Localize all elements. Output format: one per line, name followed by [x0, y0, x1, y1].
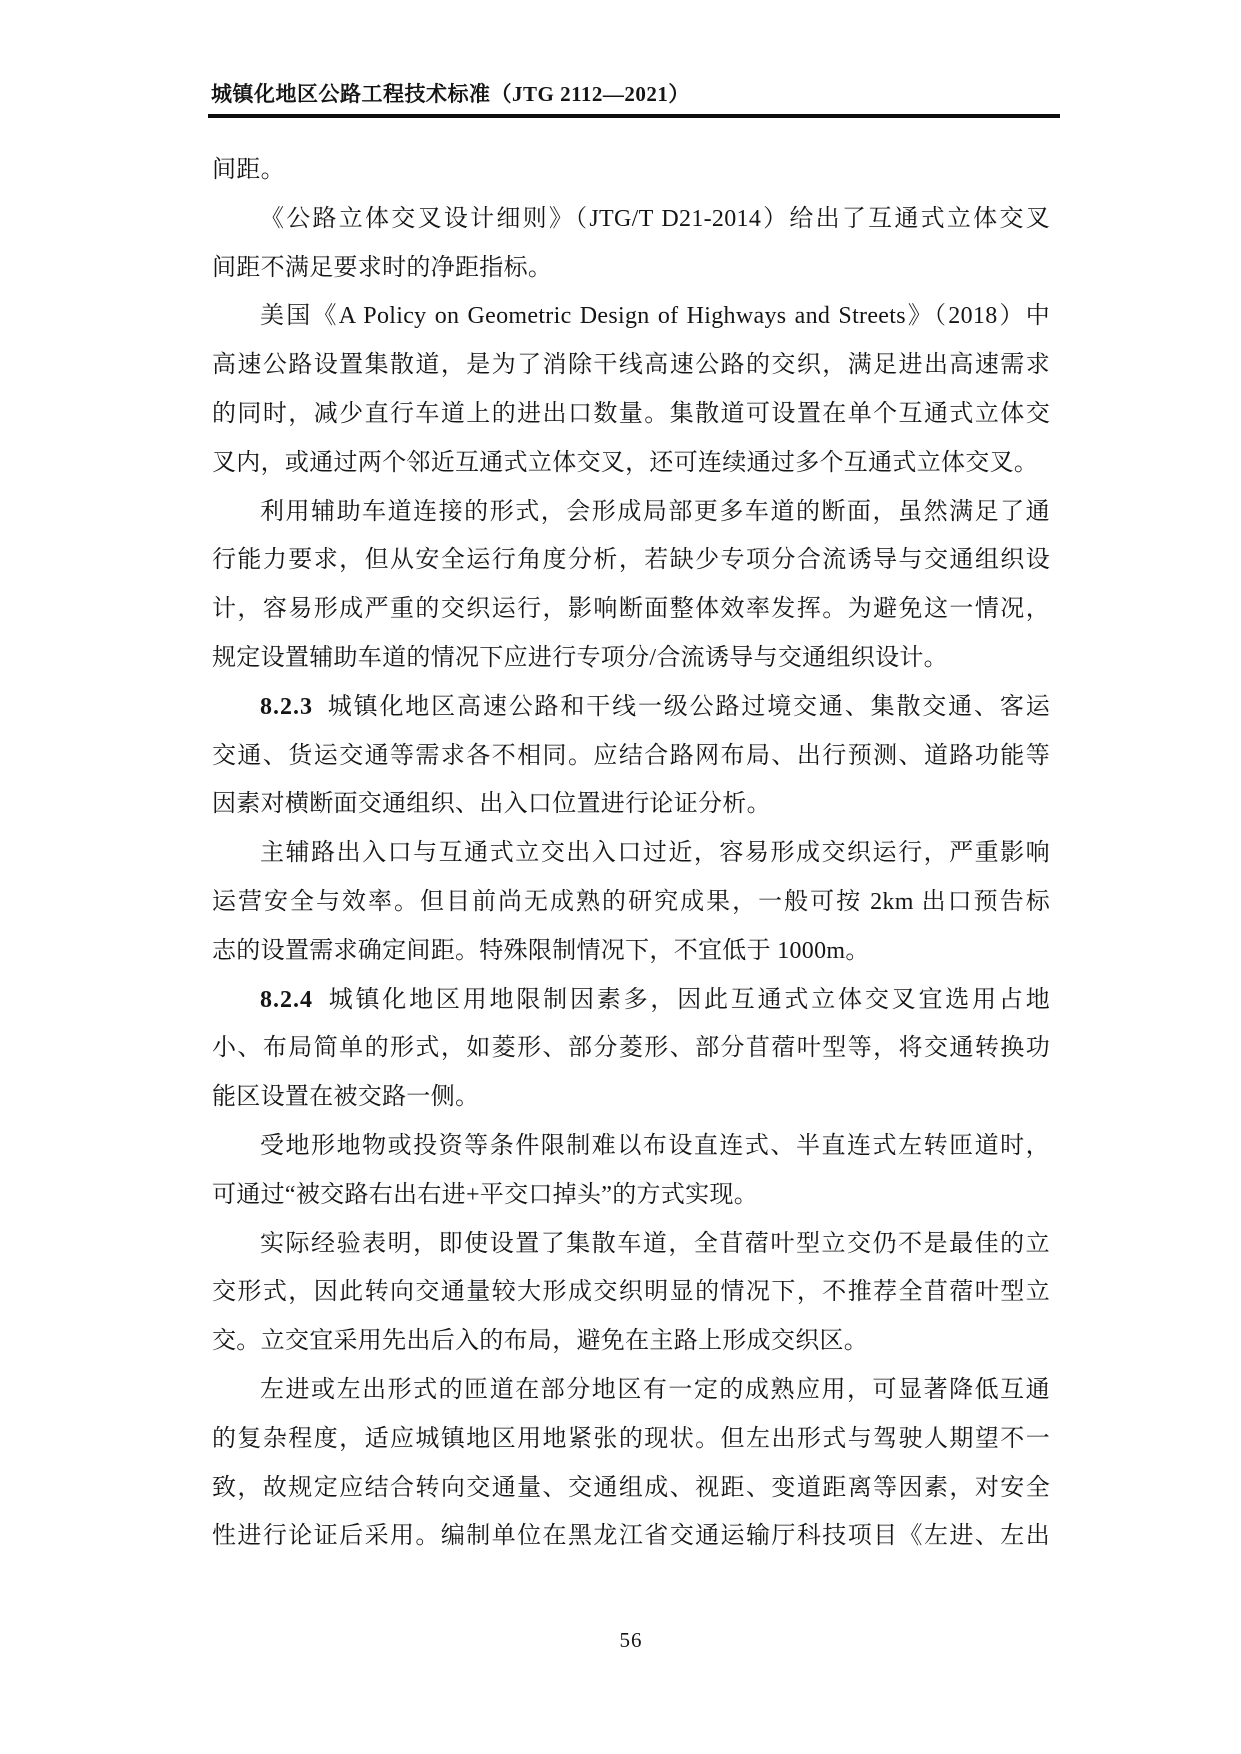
text-line: 因素对横断面交通组织、出入口位置进行论证分析。: [212, 780, 1050, 829]
text-line: 8.2.3城镇化地区高速公路和干线一级公路过境交通、集散交通、客运: [212, 683, 1050, 732]
text-line: 高速公路设置集散道，是为了消除干线高速公路的交织，满足进出高速需求: [212, 341, 1050, 390]
text-line: 《公路立体交叉设计细则》（JTG/T D21-2014）给出了互通式立体交叉: [212, 195, 1050, 244]
page-header: 城镇化地区公路工程技术标准（JTG 2112—2021）: [211, 78, 1063, 108]
text-line: 的复杂程度，适应城镇地区用地紧张的现状。但左出形式与驾驶人期望不一: [212, 1415, 1050, 1464]
text-line: 利用辅助车道连接的形式，会形成局部更多车道的断面，虽然满足了通: [212, 488, 1050, 537]
text-line: 叉内，或通过两个邻近互通式立体交叉，还可连续通过多个互通式立体交叉。: [212, 439, 1050, 488]
text-line: 性进行论证后采用。编制单位在黑龙江省交通运输厅科技项目《左进、左出: [212, 1512, 1050, 1561]
paragraph: 《公路立体交叉设计细则》（JTG/T D21-2014）给出了互通式立体交叉间距…: [212, 195, 1050, 293]
text-line: 间距不满足要求时的净距指标。: [212, 244, 1050, 293]
text-line: 可通过“被交路右出右进+平交口掉头”的方式实现。: [212, 1171, 1050, 1220]
page: 城镇化地区公路工程技术标准（JTG 2112—2021） 间距。《公路立体交叉设…: [0, 0, 1241, 1754]
text-line: 行能力要求，但从安全运行角度分析，若缺少专项分合流诱导与交通组织设: [212, 536, 1050, 585]
text-line: 受地形地物或投资等条件限制难以布设直连式、半直连式左转匝道时，: [212, 1122, 1050, 1171]
text-line: 美国《A Policy on Geometric Design of Highw…: [212, 292, 1050, 341]
text-line: 志的设置需求确定间距。特殊限制情况下，不宜低于 1000m。: [212, 927, 1050, 976]
paragraph: 实际经验表明，即使设置了集散车道，全苜蓿叶型立交仍不是最佳的立交形式，因此转向交…: [212, 1220, 1050, 1366]
text-line: 实际经验表明，即使设置了集散车道，全苜蓿叶型立交仍不是最佳的立: [212, 1220, 1050, 1269]
text-line: 左进或左出形式的匝道在部分地区有一定的成熟应用，可显著降低互通: [212, 1366, 1050, 1415]
paragraph: 8.2.4城镇化地区用地限制因素多，因此互通式立体交叉宜选用占地小、布局简单的形…: [212, 976, 1050, 1122]
text-line: 交。立交宜采用先出后入的布局，避免在主路上形成交织区。: [212, 1317, 1050, 1366]
header-rule: [208, 114, 1060, 118]
paragraph: 主辅路出入口与互通式立交出入口过近，容易形成交织运行，严重影响运营安全与效率。但…: [212, 829, 1050, 975]
paragraph: 受地形地物或投资等条件限制难以布设直连式、半直连式左转匝道时，可通过“被交路右出…: [212, 1122, 1050, 1220]
paragraph: 间距。: [212, 146, 1050, 195]
page-number: 56: [620, 1628, 643, 1652]
text-line: 的同时，减少直行车道上的进出口数量。集散道可设置在单个互通式立体交: [212, 390, 1050, 439]
clause-number: 8.2.4: [260, 987, 313, 1013]
text-line: 计，容易形成严重的交织运行，影响断面整体效率发挥。为避免这一情况，: [212, 585, 1050, 634]
text-line: 交形式，因此转向交通量较大形成交织明显的情况下，不推荐全苜蓿叶型立: [212, 1268, 1050, 1317]
text-line: 致，故规定应结合转向交通量、交通组成、视距、变道距离等因素，对安全: [212, 1464, 1050, 1513]
paragraph: 利用辅助车道连接的形式，会形成局部更多车道的断面，虽然满足了通行能力要求，但从安…: [212, 488, 1050, 683]
text-line: 间距。: [212, 146, 1050, 195]
text-line: 能区设置在被交路一侧。: [212, 1073, 1050, 1122]
text-line: 交通、货运交通等需求各不相同。应结合路网布局、出行预测、道路功能等: [212, 732, 1050, 781]
text-line: 运营安全与效率。但目前尚无成熟的研究成果，一般可按 2km 出口预告标: [212, 878, 1050, 927]
page-title: 城镇化地区公路工程技术标准（JTG 2112—2021）: [211, 78, 1063, 108]
text-line: 规定设置辅助车道的情况下应进行专项分/合流诱导与交通组织设计。: [212, 634, 1050, 683]
paragraph: 美国《A Policy on Geometric Design of Highw…: [212, 292, 1050, 487]
document-body: 间距。《公路立体交叉设计细则》（JTG/T D21-2014）给出了互通式立体交…: [212, 146, 1050, 1561]
page-footer: 56: [212, 1628, 1050, 1653]
text-line: 小、布局简单的形式，如菱形、部分菱形、部分苜蓿叶型等，将交通转换功: [212, 1024, 1050, 1073]
paragraph: 左进或左出形式的匝道在部分地区有一定的成熟应用，可显著降低互通的复杂程度，适应城…: [212, 1366, 1050, 1561]
text-line: 8.2.4城镇化地区用地限制因素多，因此互通式立体交叉宜选用占地: [212, 976, 1050, 1025]
paragraph: 8.2.3城镇化地区高速公路和干线一级公路过境交通、集散交通、客运交通、货运交通…: [212, 683, 1050, 829]
text-line: 主辅路出入口与互通式立交出入口过近，容易形成交织运行，严重影响: [212, 829, 1050, 878]
clause-number: 8.2.3: [260, 694, 313, 720]
